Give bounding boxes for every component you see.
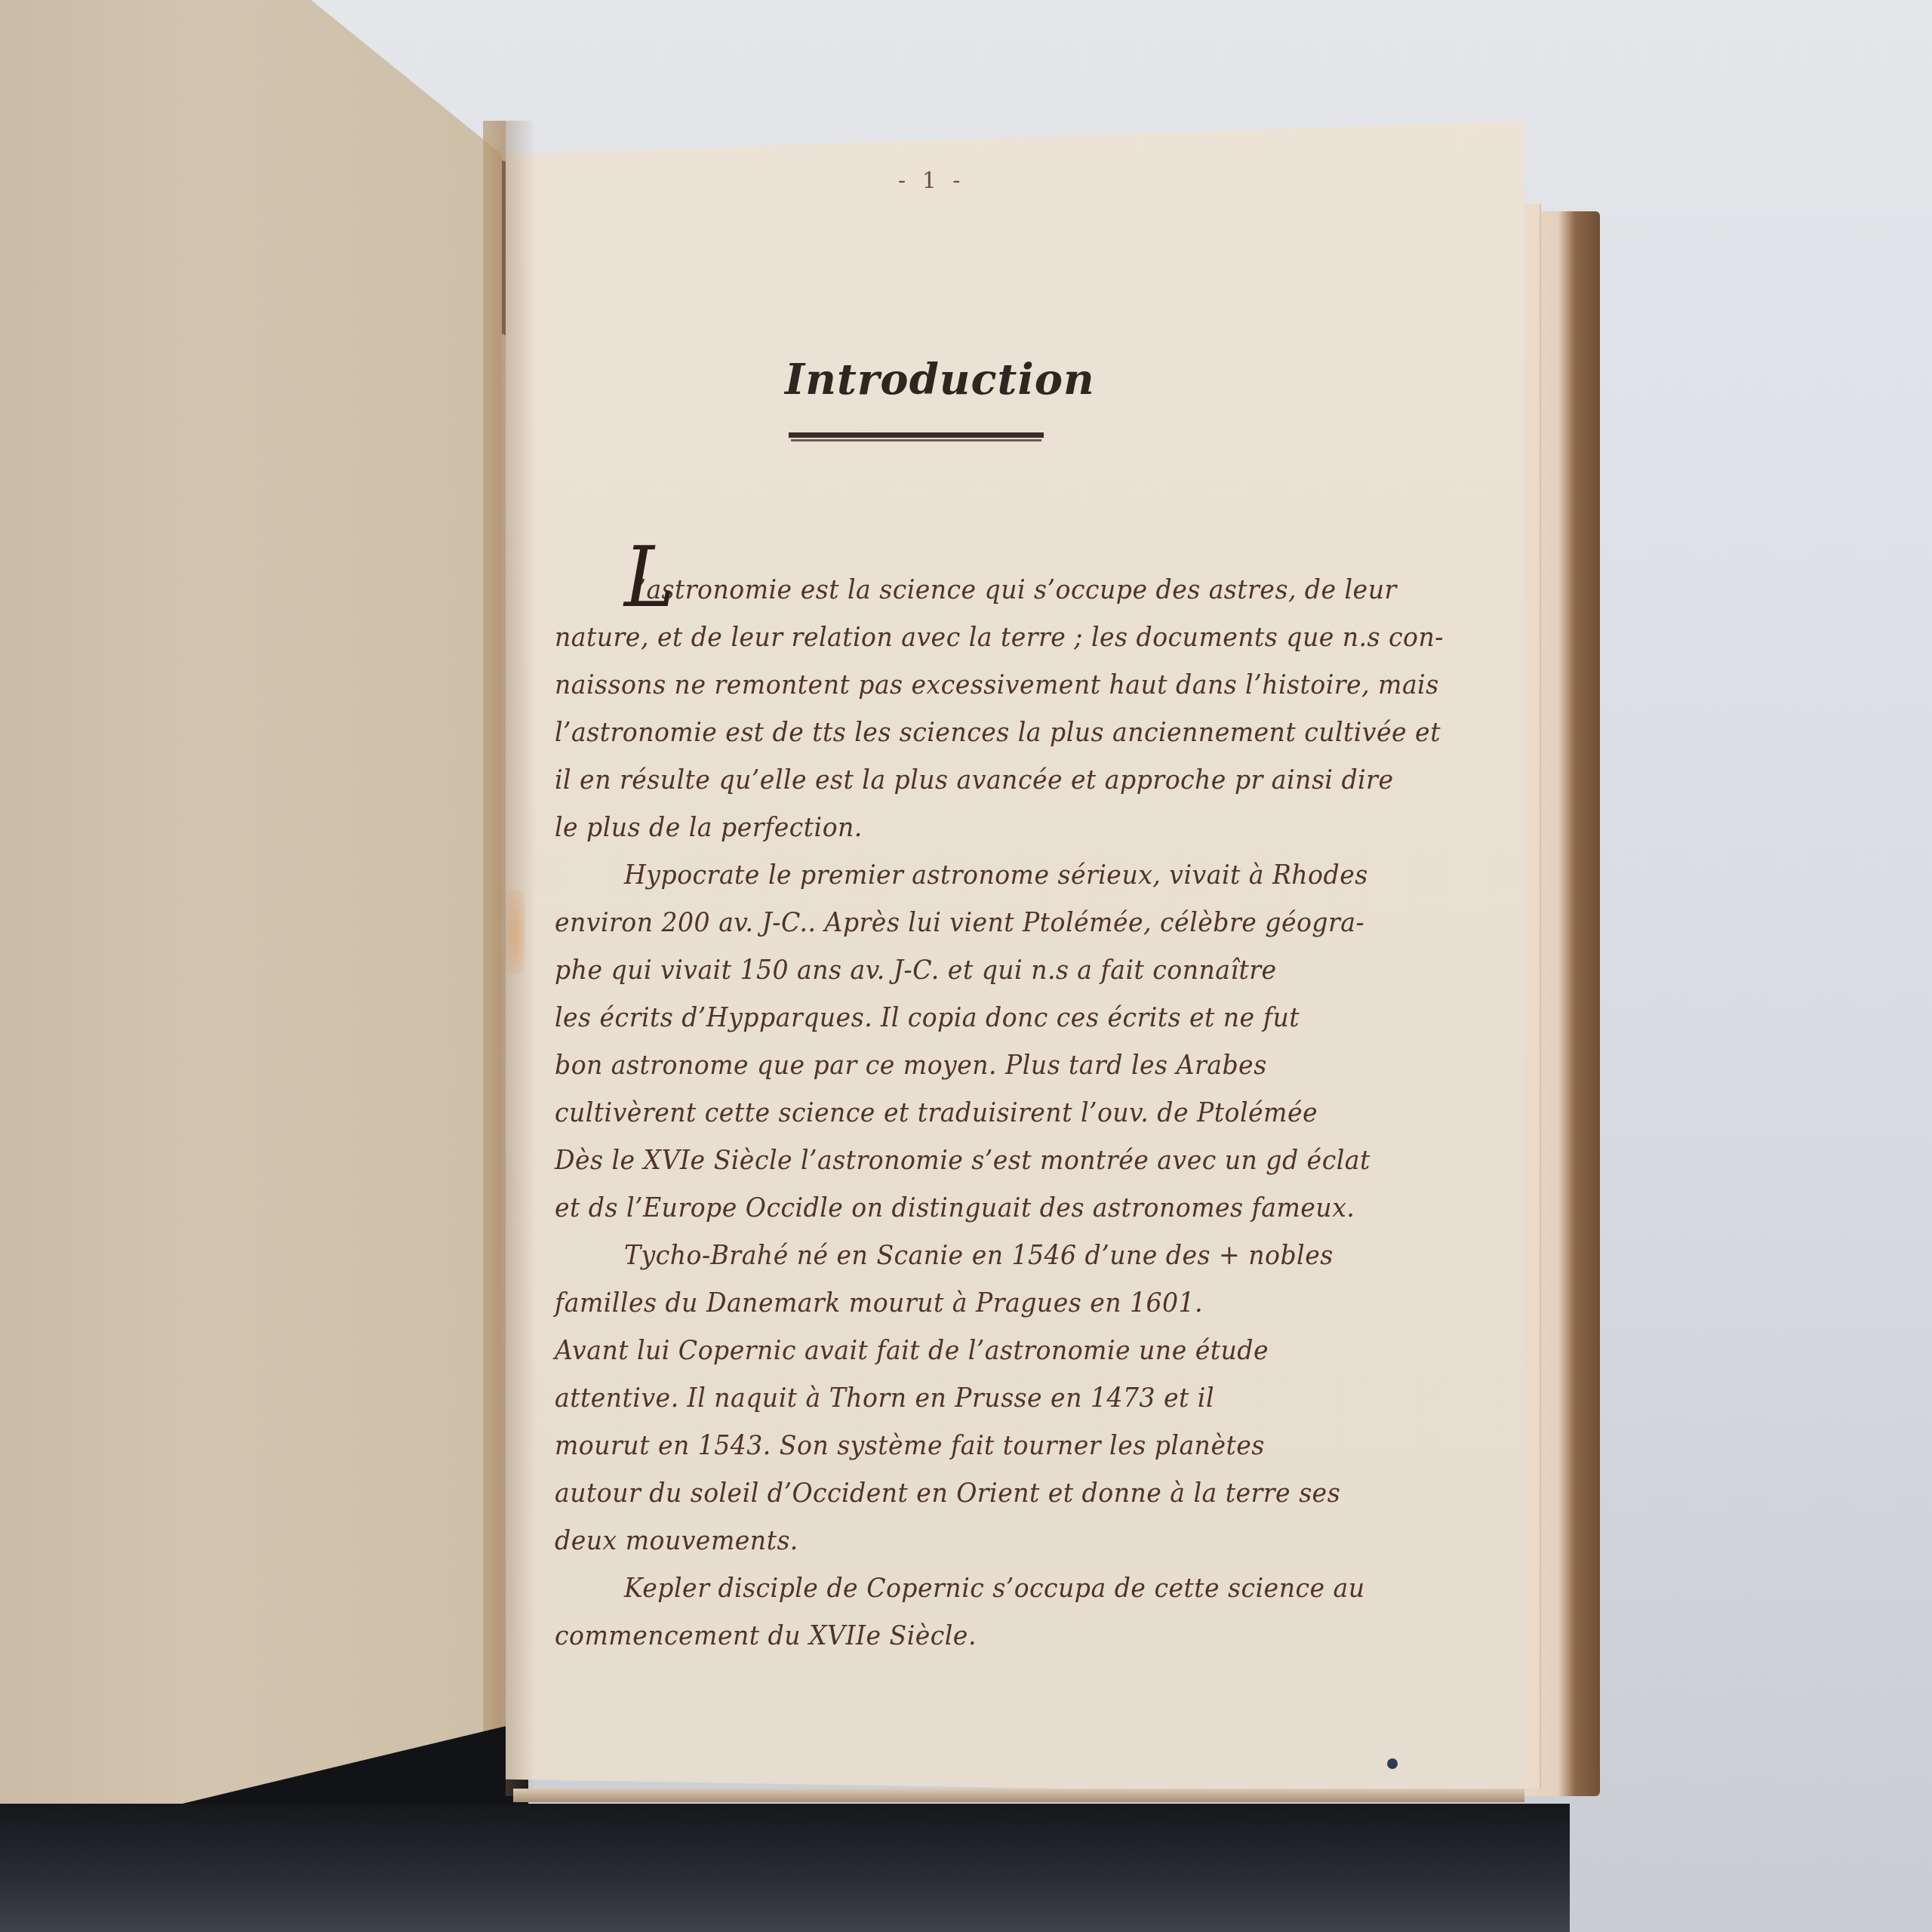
text-line: Dès le XVIe Siècle l’astronomie s’est mo… [555, 1137, 1360, 1184]
foxing-stain [506, 891, 525, 974]
text-line: et ds l’Europe Occidle on distinguait de… [555, 1184, 1360, 1232]
ink-blot [1387, 1758, 1398, 1769]
text-line: L ’astronomie est la science qui s’occup… [555, 566, 1360, 614]
text-line: commencement du XVIIe Siècle. [555, 1612, 1360, 1660]
text-line: autour du soleil d’Occident en Orient et… [555, 1469, 1360, 1517]
text-line: naissons ne remontent pas excessivement … [555, 661, 1360, 709]
text-line: Hypocrate le premier astronome sérieux, … [555, 851, 1360, 899]
text-line: Tycho-Brahé né en Scanie en 1546 d’une d… [555, 1232, 1360, 1279]
text-line: les écrits d’Hypparques. Il copia donc c… [555, 994, 1360, 1041]
text-line: attentive. Il naquit à Thorn en Prusse e… [555, 1374, 1360, 1422]
text-line: cultivèrent cette science et traduisiren… [555, 1089, 1360, 1137]
text-line: l’astronomie est de tts les sciences la … [555, 709, 1360, 756]
text-line: mourut en 1543. Son système fait tourner… [555, 1422, 1360, 1469]
text-line: bon astronome que par ce moyen. Plus tar… [555, 1041, 1360, 1089]
text-line: Kepler disciple de Copernic s’occupa de … [555, 1564, 1360, 1612]
page-number: - 1 - [898, 168, 964, 194]
text-line: phe qui vivait 150 ans av. J-C. et qui n… [555, 946, 1360, 994]
text-line: il en résulte qu’elle est la plus avancé… [555, 756, 1360, 804]
text-line: nature, et de leur relation avec la terr… [555, 614, 1360, 661]
book-cover-bottom [0, 1804, 1570, 1932]
title-underline [789, 432, 1044, 439]
text-line: le plus de la perfection. [555, 804, 1360, 851]
drop-cap: L [624, 536, 675, 619]
left-endpaper [0, 0, 502, 1932]
left-endpaper-hinge [483, 121, 506, 1796]
text-line: Avant lui Copernic avait fait de l’astro… [555, 1327, 1360, 1374]
page-title: Introduction [785, 355, 1095, 405]
manuscript-text: L ’astronomie est la science qui s’occup… [555, 566, 1430, 1660]
text-line: deux mouvements. [555, 1517, 1360, 1564]
text-line: environ 200 av. J-C.. Après lui vient Pt… [555, 899, 1360, 946]
page-bottom-edge [513, 1789, 1524, 1802]
text-line: familles du Danemark mourut à Pragues en… [555, 1279, 1360, 1327]
